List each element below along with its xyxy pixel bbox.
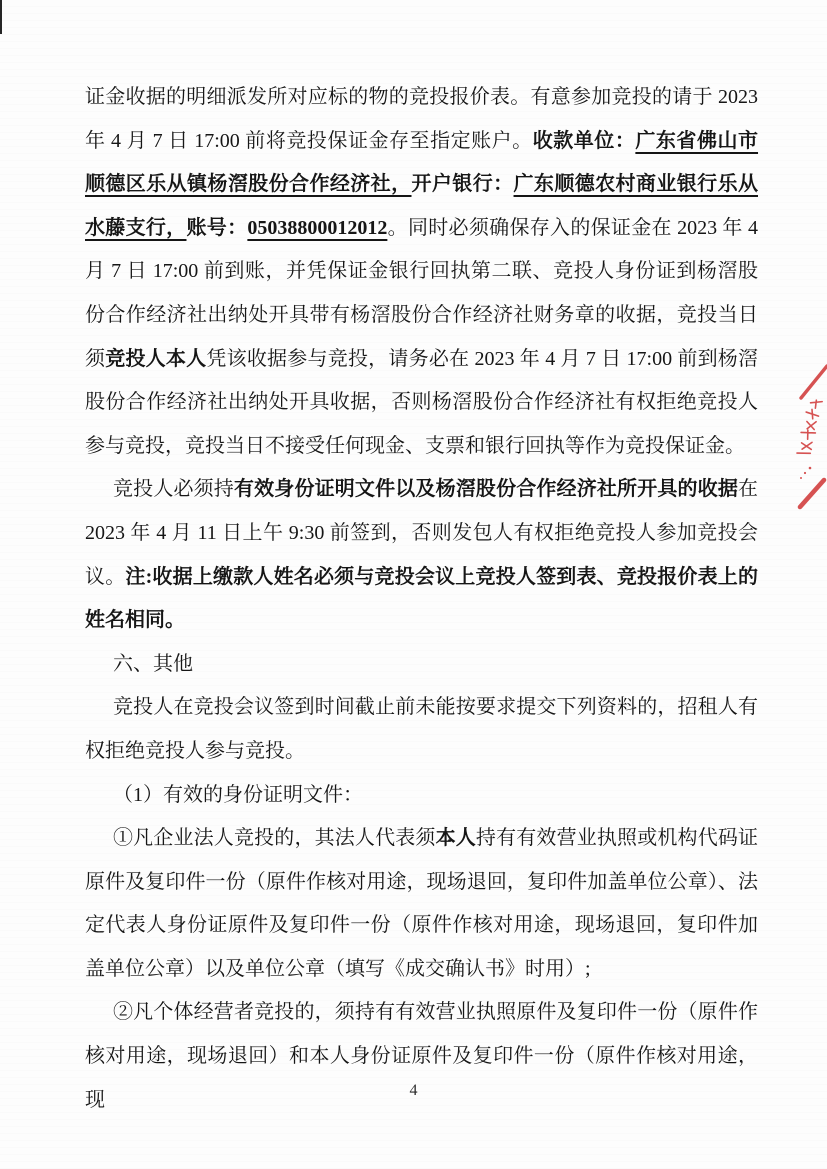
red-seal-stamp-fragment [788, 358, 827, 514]
document-body: 证金收据的明细派发所对应标的物的竞投报价表。有意参加竞投的请于 2023 年 4… [85, 76, 758, 1122]
text-run: 竞投人必须持 [113, 478, 234, 500]
text-run: 注:收据上缴款人姓名必须与竞投会议上竞投人签到表、竞投报价表上的姓名相同。 [85, 566, 758, 632]
text-run: 开户银行： [412, 173, 514, 195]
text-run: 有效身份证明文件以及杨滘股份合作经济社所开具的收据 [234, 478, 738, 500]
document-page: 证金收据的明细派发所对应标的物的竞投报价表。有意参加竞投的请于 2023 年 4… [0, 0, 827, 1169]
text-run: 本人 [436, 827, 476, 849]
text-run: 竞投人在竞投会议签到时间截止前未能按要求提交下列资料的，招租人有权拒绝竞投人参与… [85, 696, 758, 762]
text-run: （1）有效的身份证明文件： [113, 784, 363, 806]
paragraph: （1）有效的身份证明文件： [85, 774, 758, 818]
text-run: 六、其他 [113, 653, 193, 675]
scan-artifact-line [0, 0, 2, 34]
text-run: 持有有效营业执照或机构代码证原件及复印件一份（原件作核对用途，现场退回，复印件加… [85, 827, 758, 980]
paragraph: 六、其他 [85, 643, 758, 687]
text-run: 竞投人本人 [105, 348, 206, 370]
paragraph: 竞投人在竞投会议签到时间截止前未能按要求提交下列资料的，招租人有权拒绝竞投人参与… [85, 686, 758, 773]
paragraph: ①凡企业法人竞投的，其法人代表须本人持有有效营业执照或机构代码证原件及复印件一份… [85, 817, 758, 991]
paragraph: 证金收据的明细派发所对应标的物的竞投报价表。有意参加竞投的请于 2023 年 4… [85, 76, 758, 468]
paragraph: 竞投人必须持有效身份证明文件以及杨滘股份合作经济社所开具的收据在 2023 年 … [85, 468, 758, 642]
page-number: 4 [0, 1082, 827, 1100]
text-run: 收款单位： [533, 130, 636, 152]
paragraph: ②凡个体经营者竞投的，须持有有效营业执照原件及复印件一份（原件作核对用途，现场退… [85, 991, 758, 1122]
text-run: 05038800012012 [247, 217, 387, 239]
text-run: ①凡企业法人竞投的，其法人代表须 [113, 827, 436, 849]
text-run: 账号： [186, 217, 247, 239]
